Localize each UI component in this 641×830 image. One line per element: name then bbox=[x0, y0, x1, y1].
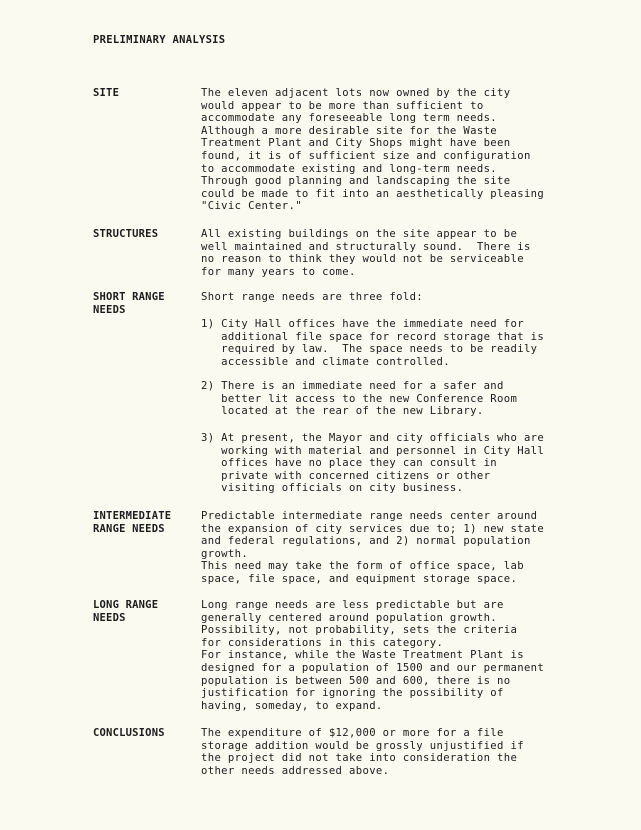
section-text: All existing buildings on the site appea… bbox=[201, 228, 611, 278]
section-label: STRUCTURES bbox=[93, 228, 201, 241]
section-text: Predictable intermediate range needs cen… bbox=[201, 510, 611, 586]
section-text: The expenditure of $12,000 or more for a… bbox=[201, 727, 611, 777]
list-item: 3) At present, the Mayor and city offici… bbox=[201, 432, 611, 495]
section-label: LONG RANGE NEEDS bbox=[93, 599, 201, 625]
section-text: Long range needs are less predictable bu… bbox=[201, 599, 611, 712]
section-label: SHORT RANGE NEEDS bbox=[93, 291, 201, 317]
section-text: Short range needs are three fold: bbox=[201, 291, 611, 304]
section-text: The eleven adjacent lots now owned by th… bbox=[201, 87, 611, 213]
section-label: CONCLUSIONS bbox=[93, 727, 201, 740]
section-label: SITE bbox=[93, 87, 201, 100]
section-label: INTERMEDIATE RANGE NEEDS bbox=[93, 510, 201, 536]
list-item: 2) There is an immediate need for a safe… bbox=[201, 380, 611, 418]
page-title: PRELIMINARY ANALYSIS bbox=[93, 34, 225, 46]
document-page: PRELIMINARY ANALYSIS SITE The eleven adj… bbox=[0, 0, 641, 830]
list-item: 1) City Hall offices have the immediate … bbox=[201, 318, 611, 368]
